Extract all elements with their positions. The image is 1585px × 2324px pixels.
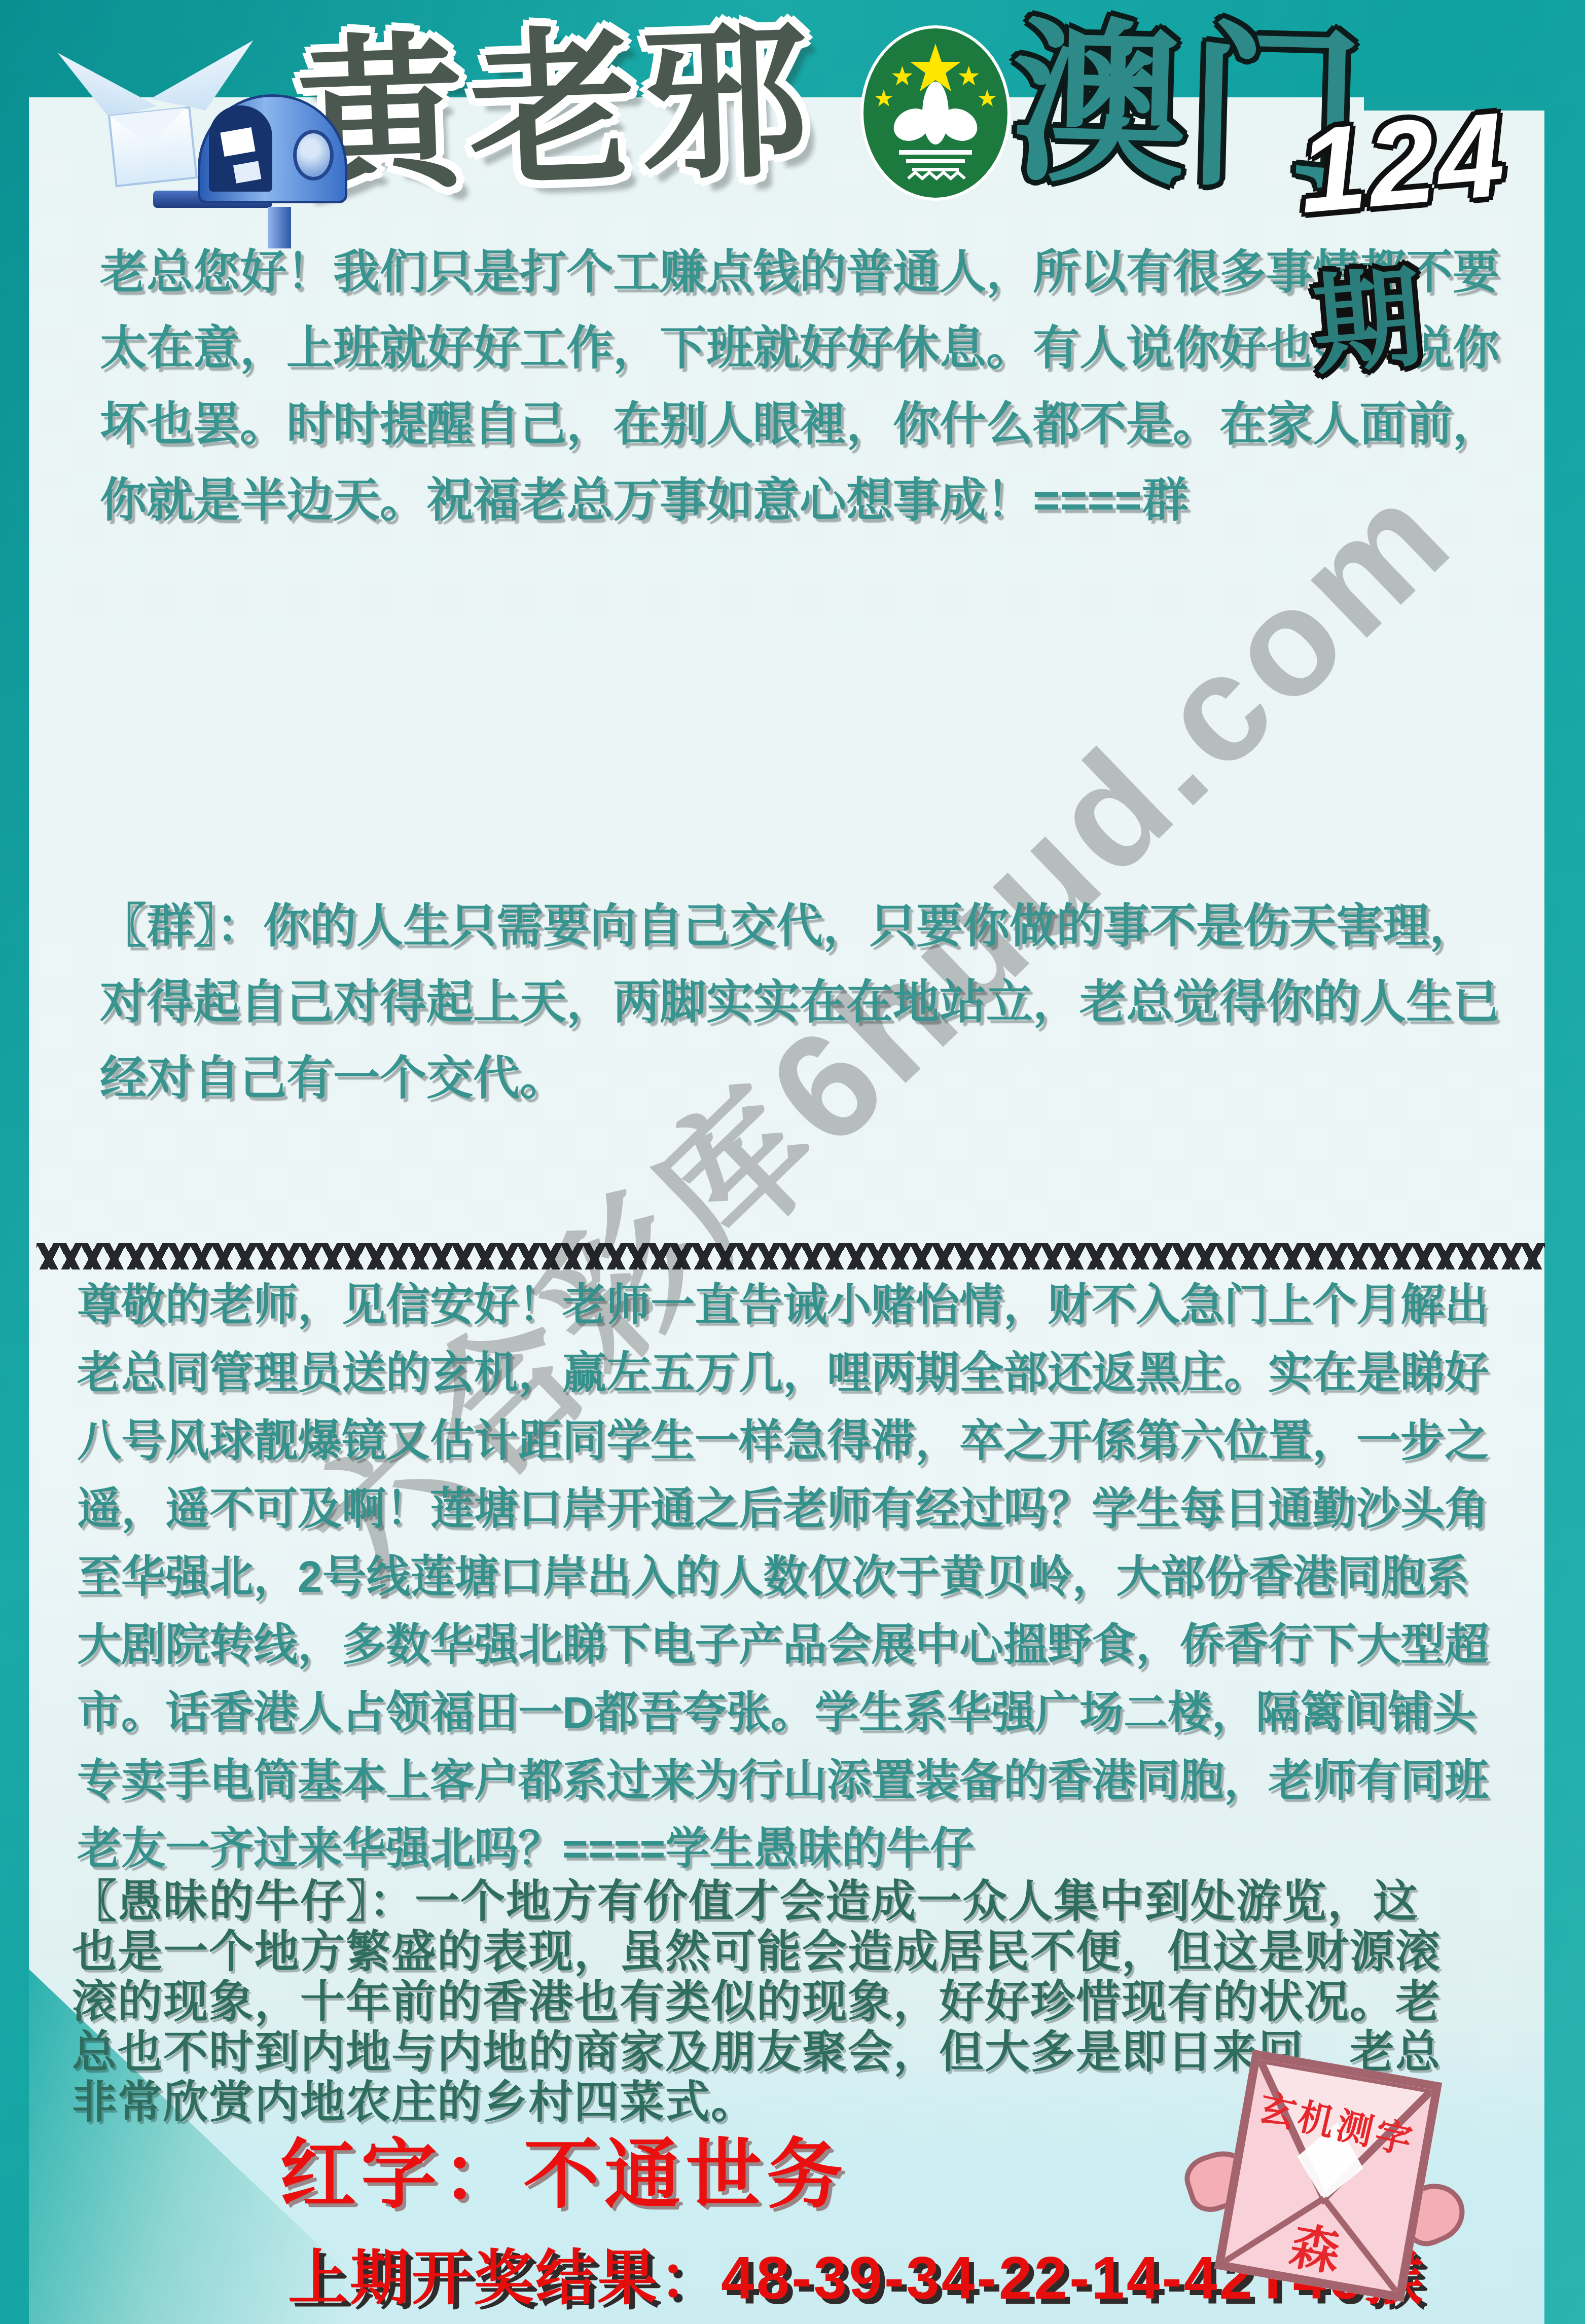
text-line: 老总同管理员送的玄机，赢左五万几，哩两期全部还返黑庄。实在是睇好 xyxy=(77,1339,1489,1407)
text-line: 遥，遥不可及啊！莲塘口岸开通之后老师有经过吗？学生每日通勤沙头角 xyxy=(77,1475,1489,1543)
mailbox-icon xyxy=(35,14,370,252)
mystery-envelope-icon: 玄机测字 森 xyxy=(1184,2048,1458,2312)
text-line: 对得起自己对得起上天，两脚实实在在地站立，老总觉得你的人生已 xyxy=(100,964,1499,1040)
tipsheet-page: 黄老邪 澳门 124期 六合彩库6huud.com 老总您好！我们只是打个工赚点… xyxy=(0,0,1585,2324)
winged-envelope-icon xyxy=(108,106,198,187)
mailbox-pole xyxy=(268,207,291,248)
site-title: 黄老邪 xyxy=(294,17,817,202)
text-line: 老友一齐过来华强北吗？====学生愚昧的牛仔 xyxy=(77,1815,1489,1883)
text-line: 〖群〗：你的人生只需要向自己交代，只要你做的事不是伤天害理， xyxy=(100,888,1499,964)
issue-unit: 期 xyxy=(1308,256,1427,387)
issue-number: 124 xyxy=(1293,87,1512,238)
text-line: 〖愚昧的牛仔〗：一个地方有价值才会造成一众人集中到处游览，这 xyxy=(72,1876,1441,1926)
mailbox-emblem xyxy=(293,130,334,180)
chain-divider xyxy=(37,1243,1545,1269)
letter-2: 尊敬的老师，见信安好！老师一直告诫小赌怡情，财不入急门上个月解出 老总同管理员送… xyxy=(77,1272,1489,1883)
text-line: 八号风球靓爆镜又估计距同学生一样急得滞，卒之开係第六位置，一步之 xyxy=(77,1407,1489,1475)
text-line: 市。话香港人占领福田一D都吾夸张。学生系华强广场二楼，隔篱间铺头 xyxy=(77,1679,1489,1747)
text-line: 至华强北，2号线莲塘口岸出入的人数仅次于黄贝岭，大部份香港同胞系 xyxy=(77,1543,1489,1611)
text-line: 坏也罢。时时提醒自己，在别人眼裡，你什么都不是。在家人面前， xyxy=(100,386,1499,462)
text-line: 经对自己有一个交代。 xyxy=(100,1040,1499,1116)
letter-1: 老总您好！我们只是打个工赚点钱的普通人，所以有很多事情都不要 太在意，上班就好好… xyxy=(100,234,1499,538)
text-line: 大剧院转线，多数华强北睇下电子产品会展中心搵野食，侨香行下大型超 xyxy=(77,1611,1489,1679)
issue-badge: 124期 xyxy=(1293,79,1585,395)
envelope-body: 玄机测字 森 xyxy=(1214,2049,1442,2302)
text-line: 滚的现象，十年前的香港也有类似的现象，好好珍惜现有的状况。老 xyxy=(72,1976,1441,2026)
text-line: 你就是半边天。祝福老总万事如意心想事成！====群 xyxy=(100,462,1499,538)
text-line: 也是一个地方繁盛的表现，虽然可能会造成居民不便，但这是财源滚 xyxy=(72,1926,1441,1976)
text-line: 尊敬的老师，见信安好！老师一直告诫小赌怡情，财不入急门上个月解出 xyxy=(77,1272,1489,1339)
text-line: 专卖手电筒基本上客户都系过来为行山添置装备的香港同胞，老师有同班 xyxy=(77,1747,1489,1815)
text-line: 太在意，上班就好好工作，下班就好好休息。有人说你好也好，说你 xyxy=(100,310,1499,386)
highlight-note: 红字：不通世务 xyxy=(280,2113,848,2223)
reply-1: 〖群〗：你的人生只需要向自己交代，只要你做的事不是伤天害理， 对得起自己对得起上… xyxy=(100,888,1499,1116)
macau-lotus-logo-icon xyxy=(859,24,1012,204)
